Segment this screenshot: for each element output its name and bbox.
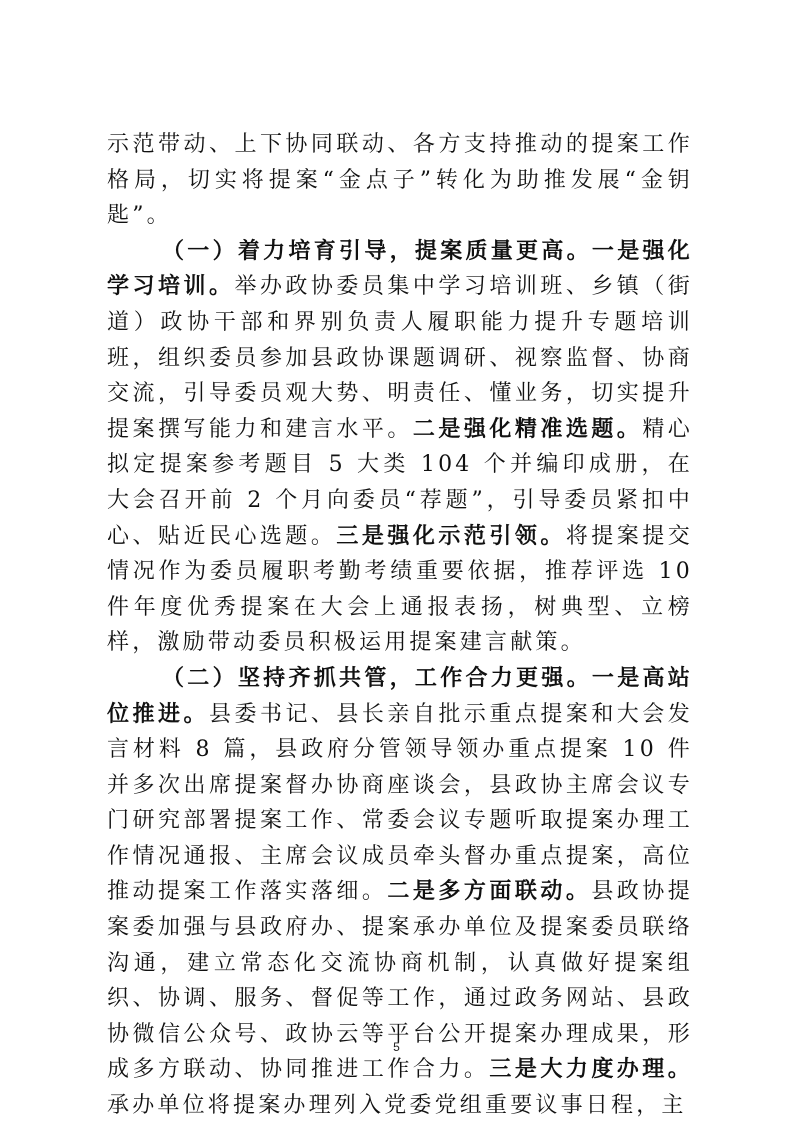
bold-point: 三是大力度办理。 <box>489 1057 693 1082</box>
bold-point: 三是强化示范引领。 <box>336 524 565 549</box>
paragraph-intro: 示范带动、上下协同联动、各方支持推动的提案工作格局，切实将提案“金点子”转化为助… <box>107 127 693 234</box>
bold-point: 二是多方面联动。 <box>387 879 591 904</box>
body-text: 示范带动、上下协同联动、各方支持推动的提案工作格局，切实将提案“金点子”转化为助… <box>107 127 693 1122</box>
document-page: 示范带动、上下协同联动、各方支持推动的提案工作格局，切实将提案“金点子”转化为助… <box>0 0 793 1122</box>
bold-point: 二是强化精准选题。 <box>413 417 642 442</box>
text-run: 承办单位将提案办理列入党委党组重要议事日程，主 <box>107 1093 687 1118</box>
text-run: 县委书记、县长亲自批示重点提案和大会发言材料 8 篇，县政府分管领导领办重点提案… <box>107 702 693 905</box>
text-run: 示范带动、上下协同联动、各方支持推动的提案工作格局，切实将提案“金点子”转化为助… <box>107 132 693 228</box>
paragraph-section-1: （一）着力培育引导，提案质量更高。一是强化学习培训。举办政协委员集中学习培训班、… <box>107 234 693 661</box>
page-number: 5 <box>0 1040 793 1054</box>
